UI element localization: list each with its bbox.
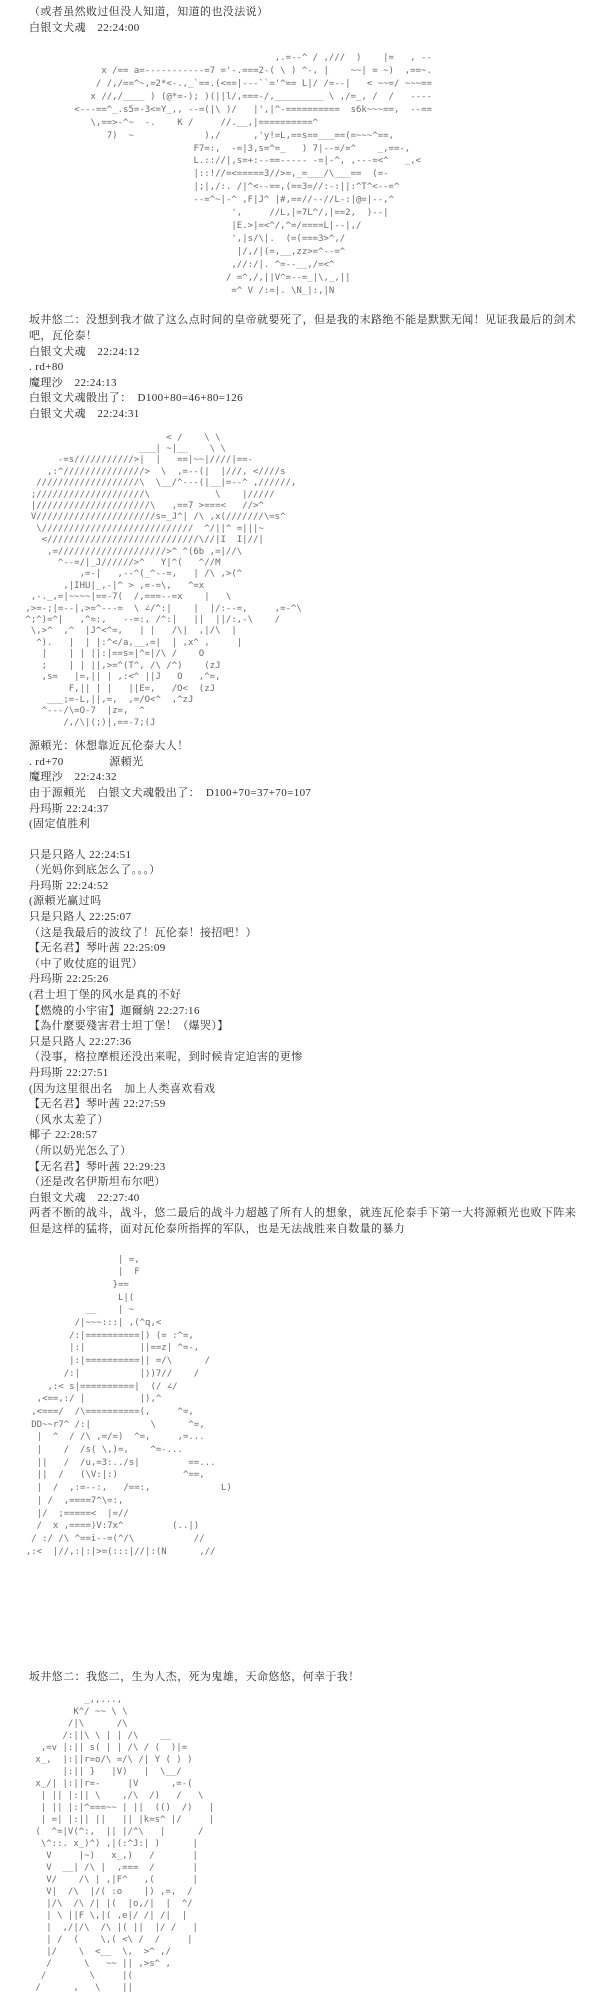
comment-line: （或者虽然败过但没人知道，知道的也没法说）: [29, 5, 578, 21]
author-timestamp: 丹玛斯 22:25:26: [29, 972, 578, 988]
author-timestamp: 魔理沙 22:24:32: [29, 770, 578, 786]
narration-line: 但是这样的猛将，面对瓦伦泰所指挥的军队，也是无法战胜来自数量的暴力: [29, 1222, 578, 1238]
comment-line: （这是我最后的波纹了！瓦伦泰！接招吧！）: [29, 926, 578, 942]
ascii-art-emperor-charge: ,.=--^ / ,/// ) |= , -- x /== a=--------…: [58, 52, 596, 297]
ascii-art-yuji-sword-figure: _,,..., K^/ ~~ \ \ /|\ /\ /:||\ \ | | /\…: [30, 1694, 596, 1994]
author-timestamp: 【燃燒的小宇宙】迦爾納 22:27:16: [29, 1004, 578, 1020]
dialogue-line: 源頼光：休想靠近瓦伦泰大人！: [29, 739, 578, 755]
author-timestamp: 丹玛斯 22:27:51: [29, 1066, 578, 1082]
author-timestamp: 【无名君】琴叶茜 22:29:23: [29, 1160, 578, 1176]
author-timestamp: 魔理沙 22:24:13: [29, 376, 578, 392]
comment-line: （没事，格拉摩根还没出来呢，到时候肯定迫害的更惨: [29, 1050, 578, 1066]
narration-line: 两者不断的战斗，战斗，悠二最后的战斗力超越了所有人的想象，就连瓦伦泰手下第一大将…: [29, 1206, 578, 1222]
comment-line: （所以奶光怎么了）: [29, 1144, 578, 1160]
author-timestamp: 只是只路人 22:27:36: [29, 1035, 578, 1051]
author-timestamp: 白银文犬魂 22:24:31: [29, 407, 578, 423]
comment-line: （中了败仗庭的诅咒）: [29, 957, 578, 973]
ascii-art-raikou-hat-figure: < / \ \ ___| ~|__ \ \ -=s///////////>| |…: [20, 433, 596, 730]
dice-command-line: . rd+80: [29, 360, 578, 376]
comment-line: （光妈你到底怎么了。。。）: [29, 863, 578, 879]
comment-line: （风水太差了）: [29, 1113, 578, 1129]
author-timestamp: 只是只路人 22:25:07: [29, 910, 578, 926]
dice-roll-block: 坂井悠二：没想到我才做了这么点时间的皇帝就要死了，但是我的末路绝不能是默默无闻！…: [0, 313, 596, 422]
comment-line: (君士坦丁堡的风水是真的不好: [29, 988, 578, 1004]
dialogue-line: 坂井悠二：我悠二，生为人杰，死为鬼雄，天命悠悠，何幸于我！: [29, 1670, 578, 1686]
comment-line: （还是改名伊斯坦布尔吧）: [29, 1175, 578, 1191]
ascii-art-armored-warrior: | =, | F }== L|( __ | ~ /|~~~:::| ,(^q,<…: [15, 1254, 596, 1559]
comment-line: (固定值胜利: [29, 817, 578, 833]
author-timestamp: 丹玛斯 22:24:52: [29, 879, 578, 895]
comment-line: 【為什麼要殘害君士坦丁堡！（爆哭）】: [29, 1019, 578, 1035]
author-timestamp: 白银文犬魂 22:27:40: [29, 1191, 578, 1207]
author-timestamp: 丹玛斯 22:24:37: [29, 802, 578, 818]
author-timestamp: 【无名君】琴叶茜 22:27:59: [29, 1097, 578, 1113]
comment-line: (因为这里很出名 加上人类喜欢看戏: [29, 1082, 578, 1098]
dialogue-line: 坂井悠二：没想到我才做了这么点时间的皇帝就要死了，但是我的末路绝不能是默默无闻！…: [29, 313, 578, 344]
author-timestamp: 椰子 22:28:57: [29, 1128, 578, 1144]
chat-log-page: （或者虽然败过但没人知道，知道的也没法说） 白银文犬魂 22:24:00 ,.=…: [0, 0, 596, 1994]
author-timestamp: 只是只路人 22:24:51: [29, 848, 578, 864]
dice-result-line: 白银文犬魂骰出了： D100+80=46+80=126: [29, 391, 578, 407]
comment-line: (源頼光赢过吗: [29, 894, 578, 910]
author-timestamp: 白银文犬魂 22:24:00: [29, 21, 578, 37]
author-timestamp: 【无名君】琴叶茜 22:25:09: [29, 941, 578, 957]
dice-command-line: . rd+70 源頼光: [29, 755, 578, 771]
author-timestamp: 白银文犬魂 22:24:12: [29, 345, 578, 361]
dice-result-line: 由于源頼光 白银文犬魂骰出了： D100+70=37+70=107: [29, 786, 578, 802]
chat-comments-block: 源頼光：休想靠近瓦伦泰大人！ . rd+70 源頼光 魔理沙 22:24:32 …: [0, 739, 596, 1237]
